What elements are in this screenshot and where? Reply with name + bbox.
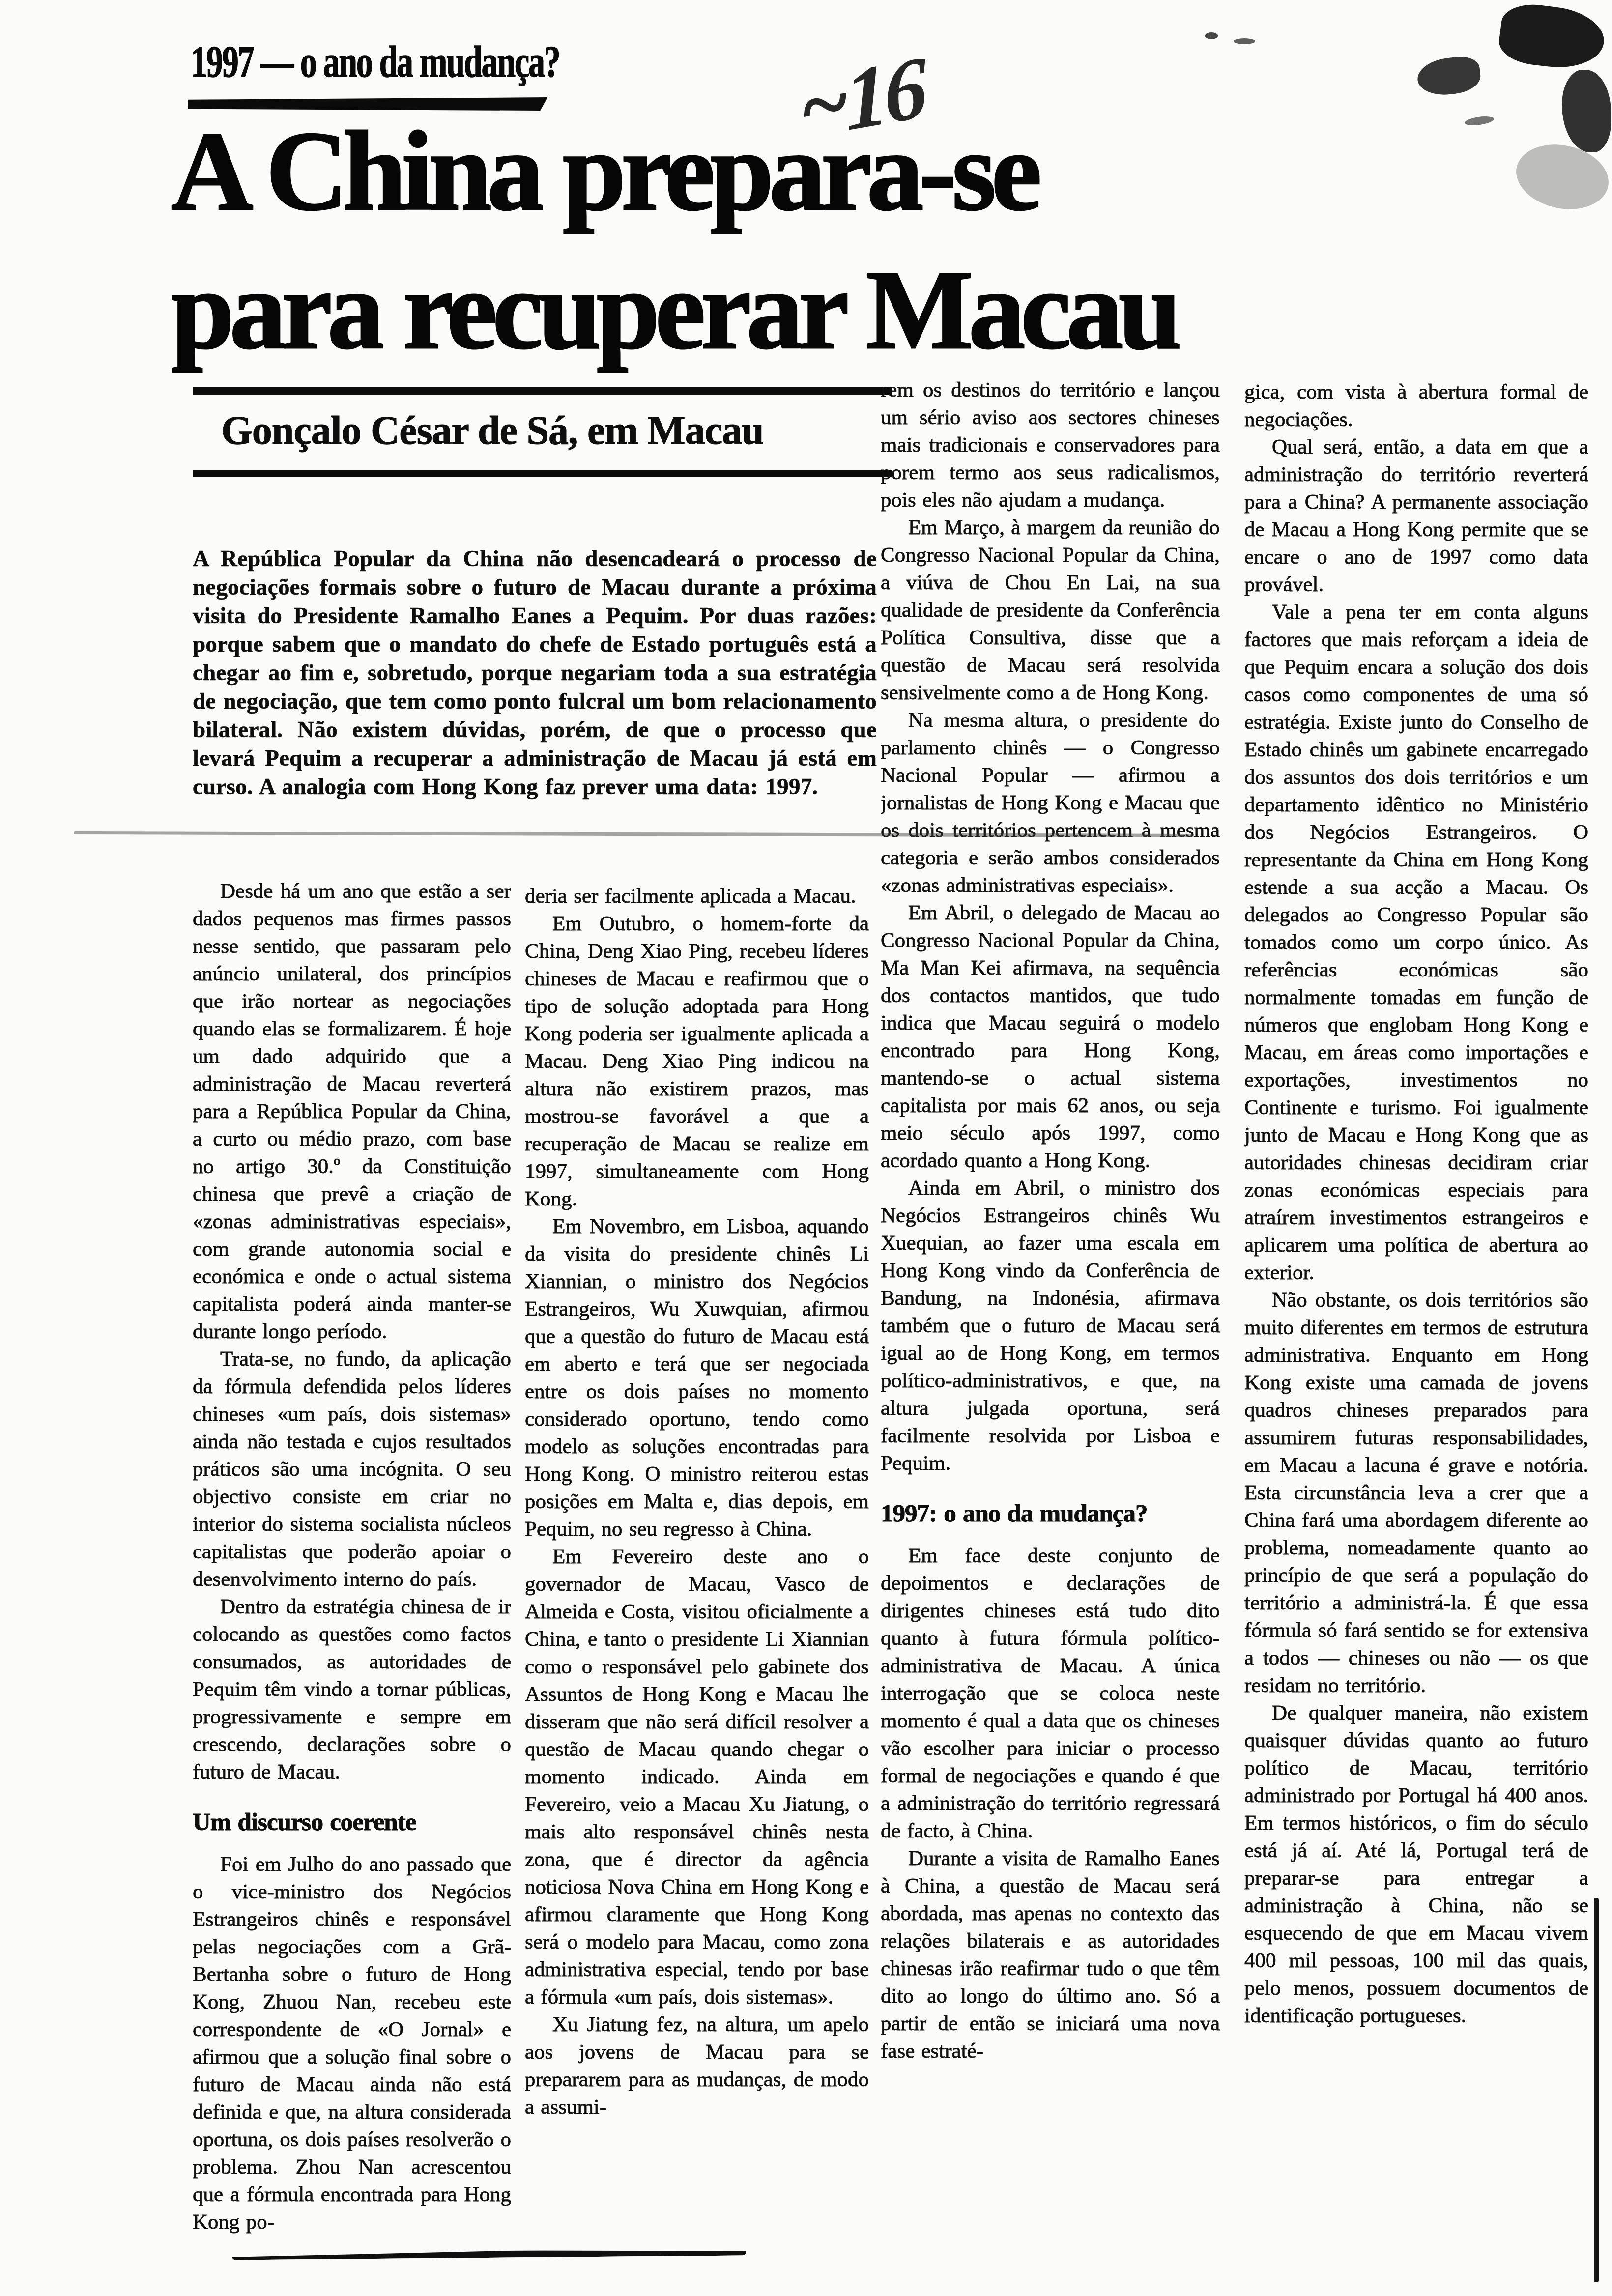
paragraph: Durante a visita de Ramalho Eanes à Chin… <box>881 1845 1220 2065</box>
paragraph: Em Novembro, em Lisboa, aquando da visit… <box>525 1213 869 1543</box>
handwritten-annotation: ~16 <box>796 36 927 160</box>
subheading-1997-ano-da-mudanca: 1997: o ano da mudança? <box>881 1500 1220 1527</box>
page-edge-rule <box>1594 1898 1599 2282</box>
paragraph: Dentro da estratégia chinesa de ir coloc… <box>193 1593 511 1786</box>
paragraph: Xu Jiatung fez, na altura, um apelo aos … <box>525 2011 869 2121</box>
paragraph: Vale a pena ter em conta alguns factores… <box>1244 599 1588 1287</box>
paragraph: Desde há um ano que estão a ser dados pe… <box>193 878 511 1346</box>
paragraph: Em Outubro, o homem-forte da China, Deng… <box>525 910 869 1213</box>
column-2: deria ser facilmente aplicada a Macau. E… <box>525 883 869 2278</box>
headline-line-1: A China prepara-se <box>171 102 1177 241</box>
subheading-um-discurso-coerente: Um discurso coerente <box>193 1808 511 1836</box>
kicker: 1997 — o ano da mudança? <box>191 35 560 87</box>
newspaper-page: 1997 — o ano da mudança? A China prepara… <box>0 0 1612 2296</box>
paragraph: De qualquer maneira, não existem quaisqu… <box>1244 1699 1588 2030</box>
paragraph: Em face deste conjunto de depoimentos e … <box>881 1542 1220 1845</box>
paragraph: gica, com vista à abertura formal de neg… <box>1244 378 1588 433</box>
paragraph: Não obstante, os dois territórios são mu… <box>1244 1287 1588 1699</box>
paragraph: Na mesma altura, o presidente do parlame… <box>881 707 1220 899</box>
ink-smudge <box>1497 1 1607 73</box>
headline-line-2: para recuperar Macau <box>171 241 1177 379</box>
paragraph: Em Fevereiro deste ano o governador de M… <box>525 1543 869 2011</box>
paragraph: deria ser facilmente aplicada a Macau. <box>525 883 869 910</box>
column-1: Desde há um ano que estão a ser dados pe… <box>193 878 511 2259</box>
paragraph: Ainda em Abril, o ministro dos Negócios … <box>881 1175 1220 1477</box>
paragraph: Em Abril, o delegado de Macau ao Congres… <box>881 899 1220 1175</box>
headline: A China prepara-se para recuperar Macau <box>171 102 1177 379</box>
paragraph: rem os destinos do território e lançou u… <box>881 376 1220 514</box>
paragraph: Trata-se, no fundo, da aplicação da fórm… <box>193 1346 511 1593</box>
lead-paragraph: A República Popular da China não desenca… <box>193 545 877 801</box>
ink-speck <box>1234 38 1255 44</box>
ink-smudge <box>1562 70 1611 152</box>
paragraph: Qual será, então, a data em que a admini… <box>1244 433 1588 599</box>
ink-speck <box>1464 115 1495 127</box>
paragraph: Foi em Julho do ano passado que o vice-m… <box>193 1851 511 2236</box>
column-3: rem os destinos do território e lançou u… <box>881 376 1220 2283</box>
ink-smudge <box>1415 55 1482 98</box>
ink-speck <box>1205 32 1218 39</box>
byline: Gonçalo César de Sá, em Macau <box>193 387 892 477</box>
paragraph: Em Março, à margem da reunião do Congres… <box>881 514 1220 707</box>
column-4: gica, com vista à abertura formal de neg… <box>1244 378 1588 2295</box>
